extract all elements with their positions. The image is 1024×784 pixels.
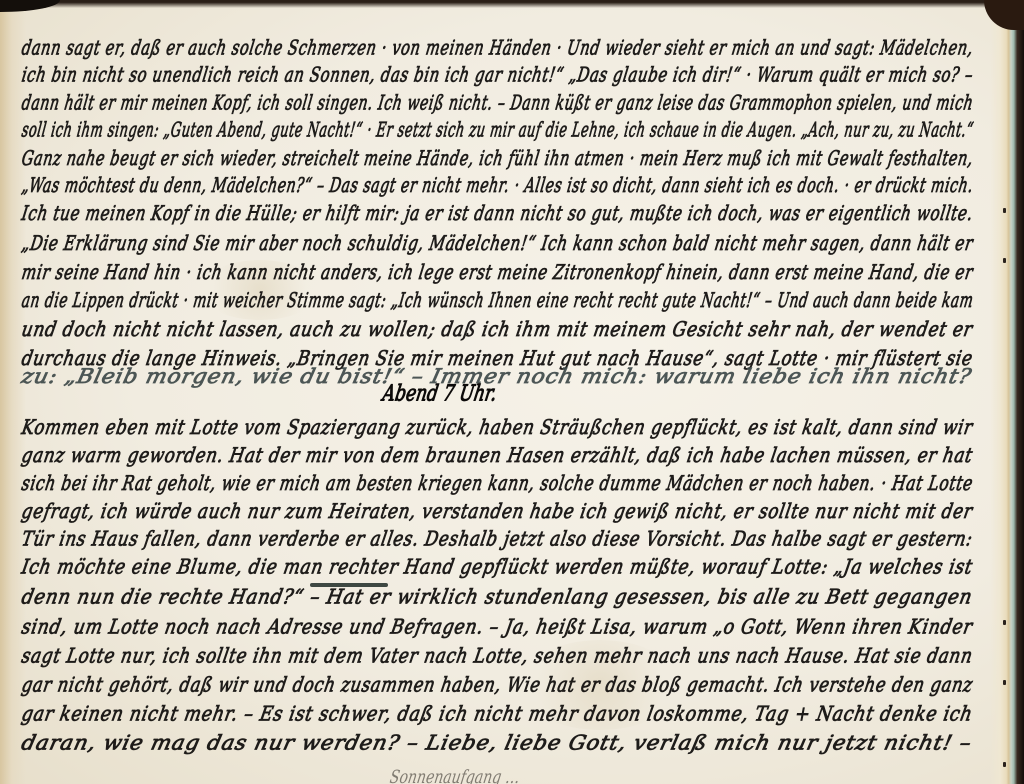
handwritten-line: daran, wie mag das nur werden? – Liebe, … <box>22 728 695 758</box>
handwritten-line: sagt Lotte nur, ich sollte ihn mit dem V… <box>22 641 868 671</box>
handwritten-line: gefragt, ich würde auch nur zum Heiraten… <box>22 496 870 526</box>
handwritten-line: denn nun die rechte Hand?“ – Hat er wirk… <box>22 582 800 612</box>
handwritten-line: mir seine Hand hin · ich kann nicht ande… <box>22 257 959 287</box>
handwritten-line: Ich tue meinen Kopf in die Hülle; er hil… <box>22 198 961 228</box>
handwritten-line: ich bin nicht so unendlich reich an Sonn… <box>22 60 979 90</box>
handwritten-line: dann sagt er, daß er auch solche Schmerz… <box>22 33 995 63</box>
handwritten-line: soll ich ihm singen: „Guten Abend, gute … <box>22 115 1024 145</box>
handwritten-line: sind, um Lotte noch nach Adresse und Bef… <box>22 612 843 642</box>
handwritten-line: an die Lippen drückt · mit weicher Stimm… <box>22 285 1024 315</box>
handwritten-line: Ich möchte eine Blume, die man rechter H… <box>22 552 854 582</box>
handwritten-line: sich bei ihr Rat geholt, wie er mich am … <box>22 468 943 498</box>
cut-off-line: Sonnenaufgang … <box>388 768 521 784</box>
handwritten-line: Tür ins Haus fallen, dann verderbe er al… <box>22 524 879 554</box>
margin-mark <box>1003 620 1006 625</box>
scan-corner <box>0 0 60 12</box>
handwritten-line: Kommen eben mit Lotte vom Spaziergang zu… <box>22 412 881 442</box>
margin-mark <box>1003 258 1006 263</box>
margin-mark <box>1003 762 1006 767</box>
handwritten-line: zu: „Bleib morgen, wie du bist!“ – Immer… <box>22 361 676 391</box>
handwritten-line: „Die Erklärung sind Sie mir aber noch sc… <box>22 228 955 258</box>
handwritten-line: „Was möchtest du denn, Mädelchen?“ – Das… <box>22 170 1024 200</box>
handwritten-line: ganz warm geworden. Hat der mir von dem … <box>22 440 873 470</box>
margin-mark <box>1003 680 1006 685</box>
handwritten-line: gar nicht gehört, daß wir und doch zusam… <box>22 670 893 700</box>
ink-underline <box>310 583 388 587</box>
section-heading: Abend 7 Uhr. <box>381 381 499 407</box>
handwritten-line: dann hält er mir meinen Kopf, ich soll s… <box>22 88 1024 118</box>
handwritten-line: und doch nicht nicht lassen, auch zu wol… <box>22 314 859 344</box>
handwritten-line: Ganz nahe beugt er sich wieder, streiche… <box>22 143 1002 173</box>
handwritten-line: gar keinen nicht mehr. – Es ist schwer, … <box>22 699 839 729</box>
diary-page: dann sagt er, daß er auch solche Schmerz… <box>0 0 1024 784</box>
top-edge-shadow <box>0 0 1024 8</box>
margin-mark <box>1003 208 1006 213</box>
